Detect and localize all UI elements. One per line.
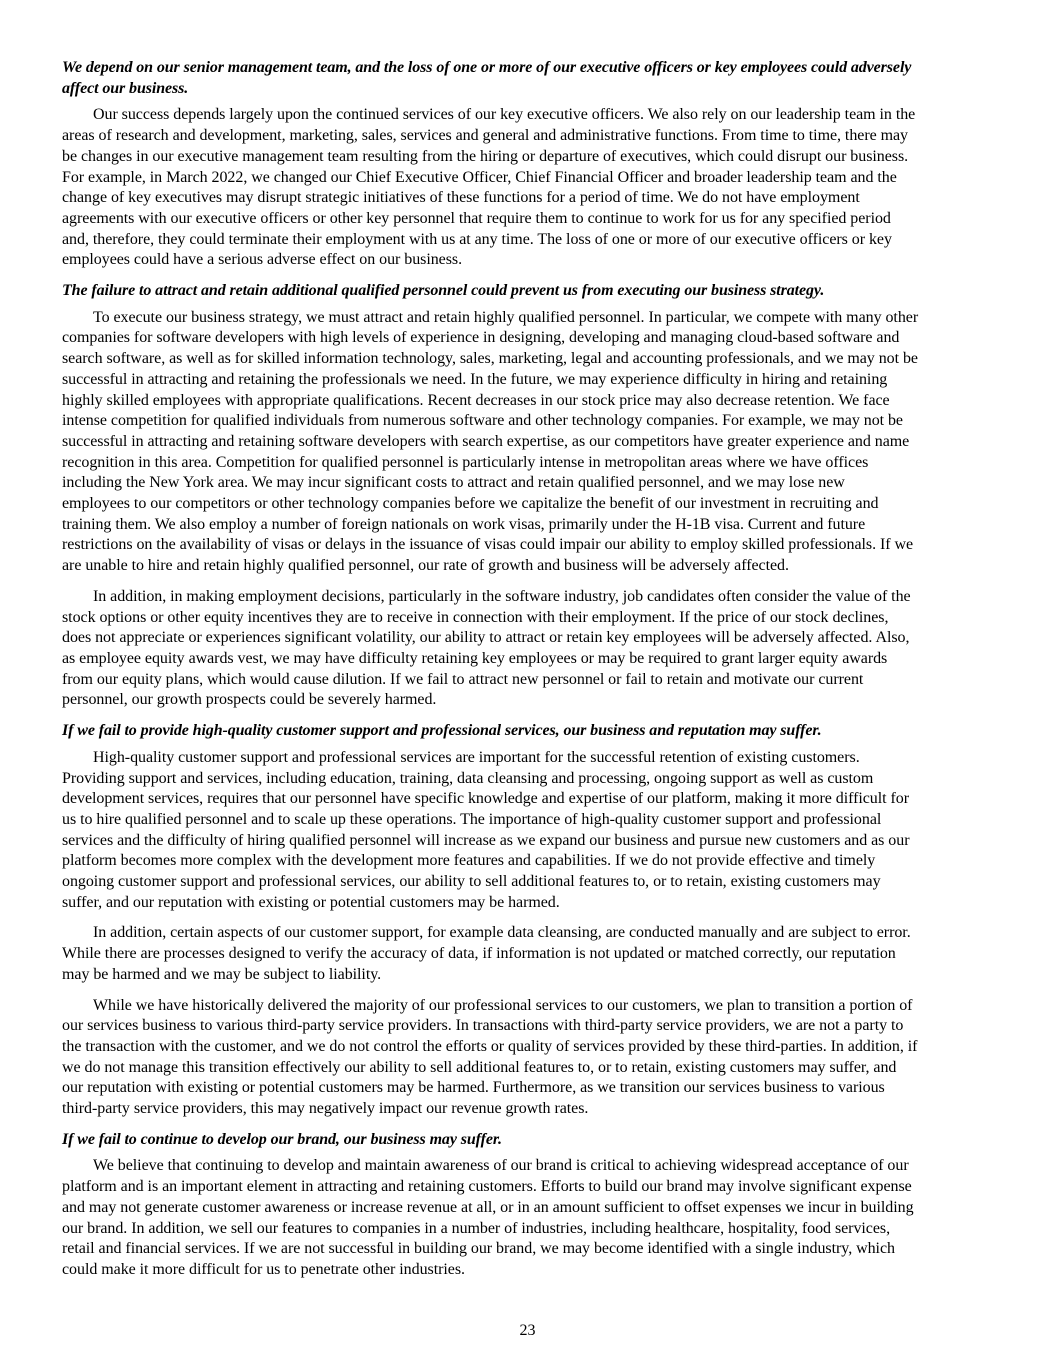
paragraph-line: we do not manage this transition effecti… — [62, 1058, 997, 1079]
paragraph-line: our brand. In addition, we sell our feat… — [62, 1219, 997, 1240]
paragraph-line: In addition, in making employment decisi… — [62, 587, 997, 608]
heading-line: affect our business. — [62, 79, 997, 100]
paragraph-line: and, therefore, they could terminate the… — [62, 230, 997, 251]
paragraph-line: For example, in March 2022, we changed o… — [62, 168, 997, 189]
paragraph-line: and may not generate customer awareness … — [62, 1198, 997, 1219]
risk-factor-section: If we fail to continue to develop our br… — [62, 1130, 997, 1281]
paragraph-line: the transaction with the customer, and w… — [62, 1037, 997, 1058]
risk-factor-section: The failure to attract and retain additi… — [62, 281, 997, 711]
section-heading: If we fail to provide high-quality custo… — [62, 721, 997, 742]
paragraph-line: be changes in our executive management t… — [62, 147, 997, 168]
paragraph-line: Providing support and services, includin… — [62, 769, 997, 790]
paragraph-line: our services business to various third-p… — [62, 1016, 997, 1037]
document-page: We depend on our senior management team,… — [62, 58, 997, 1291]
heading-line: If we fail to provide high-quality custo… — [62, 721, 997, 742]
section-heading: If we fail to continue to develop our br… — [62, 1130, 997, 1151]
body-paragraph: While we have historically delivered the… — [62, 996, 997, 1120]
paragraph-line: In addition, certain aspects of our cust… — [62, 923, 997, 944]
paragraph-line: us to hire qualified personnel and to sc… — [62, 810, 997, 831]
paragraph-line: successful in attracting and retaining t… — [62, 370, 997, 391]
paragraph-line: are unable to hire and retain highly qua… — [62, 556, 997, 577]
paragraph-line: stock options or other equity incentives… — [62, 608, 997, 629]
paragraph-line: search software, as well as for skilled … — [62, 349, 997, 370]
paragraph-line: platform becomes more complex with the d… — [62, 851, 997, 872]
paragraph-line: agreements with our executive officers o… — [62, 209, 997, 230]
paragraph-line: including the New York area. We may incu… — [62, 473, 997, 494]
body-paragraph: In addition, certain aspects of our cust… — [62, 923, 997, 985]
paragraph-line: intense competition for qualified indivi… — [62, 411, 997, 432]
paragraph-line: recognition in this area. Competition fo… — [62, 453, 997, 474]
paragraph-line: successful in attracting and retaining s… — [62, 432, 997, 453]
paragraph-line: our reputation with existing or potentia… — [62, 1078, 997, 1099]
paragraph-line: While we have historically delivered the… — [62, 996, 997, 1017]
paragraph-line: We believe that continuing to develop an… — [62, 1156, 997, 1177]
paragraph-line: platform and is an important element in … — [62, 1177, 997, 1198]
paragraph-line: could make it more difficult for us to p… — [62, 1260, 997, 1281]
heading-line: We depend on our senior management team,… — [62, 58, 997, 79]
paragraph-line: areas of research and development, marke… — [62, 126, 997, 147]
section-heading: The failure to attract and retain additi… — [62, 281, 997, 302]
paragraph-line: third-party service providers, this may … — [62, 1099, 997, 1120]
body-paragraph: Our success depends largely upon the con… — [62, 105, 997, 271]
heading-line: The failure to attract and retain additi… — [62, 281, 997, 302]
paragraph-line: To execute our business strategy, we mus… — [62, 308, 997, 329]
paragraph-line: suffer, and our reputation with existing… — [62, 893, 997, 914]
paragraph-line: from our equity plans, which would cause… — [62, 670, 997, 691]
heading-line: If we fail to continue to develop our br… — [62, 1130, 997, 1151]
paragraph-line: restrictions on the availability of visa… — [62, 535, 997, 556]
paragraph-line: retail and financial services. If we are… — [62, 1239, 997, 1260]
paragraph-line: ongoing customer support and professiona… — [62, 872, 997, 893]
paragraph-line: personnel, our growth prospects could be… — [62, 690, 997, 711]
paragraph-line: as employee equity awards vest, we may h… — [62, 649, 997, 670]
risk-factor-section: We depend on our senior management team,… — [62, 58, 997, 271]
paragraph-line: Our success depends largely upon the con… — [62, 105, 997, 126]
paragraph-line: While there are processes designed to ve… — [62, 944, 997, 965]
paragraph-line: highly skilled employees with appropriat… — [62, 391, 997, 412]
page-number: 23 — [0, 1322, 1055, 1340]
paragraph-line: development services, requires that our … — [62, 789, 997, 810]
paragraph-line: employees to our competitors or other te… — [62, 494, 997, 515]
risk-factor-section: If we fail to provide high-quality custo… — [62, 721, 997, 1120]
paragraph-line: change of key executives may disrupt str… — [62, 188, 997, 209]
paragraph-line: High-quality customer support and profes… — [62, 748, 997, 769]
body-paragraph: We believe that continuing to develop an… — [62, 1156, 997, 1280]
body-paragraph: High-quality customer support and profes… — [62, 748, 997, 914]
paragraph-line: training them. We also employ a number o… — [62, 515, 997, 536]
paragraph-line: employees could have a serious adverse e… — [62, 250, 997, 271]
paragraph-line: services and the difficulty of hiring qu… — [62, 831, 997, 852]
paragraph-line: may be harmed and we may be subject to l… — [62, 965, 997, 986]
section-heading: We depend on our senior management team,… — [62, 58, 997, 99]
body-paragraph: In addition, in making employment decisi… — [62, 587, 997, 711]
paragraph-line: does not appreciate or experiences signi… — [62, 628, 997, 649]
body-paragraph: To execute our business strategy, we mus… — [62, 308, 997, 577]
paragraph-line: companies for software developers with h… — [62, 328, 997, 349]
